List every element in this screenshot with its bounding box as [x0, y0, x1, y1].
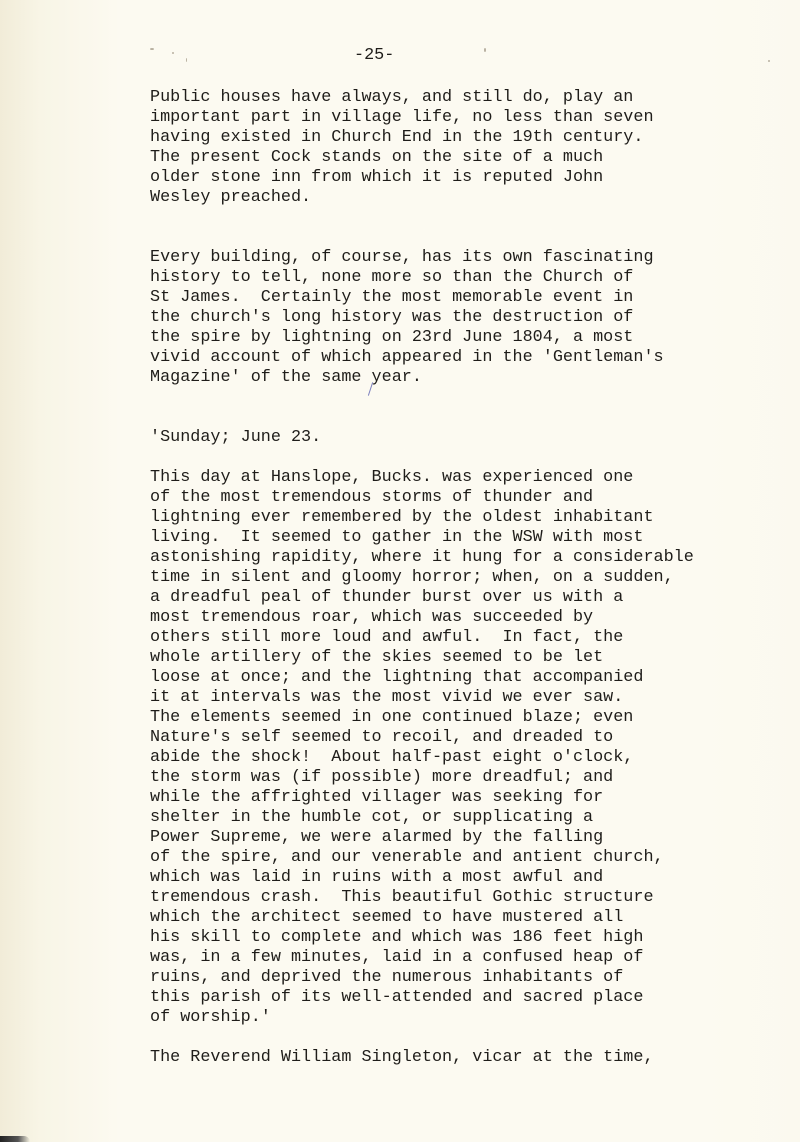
text-line: was, in a few minutes, laid in a confuse…: [150, 948, 770, 968]
text-line: which was laid in ruins with a most awfu…: [150, 868, 770, 888]
text-line: others still more loud and awful. In fac…: [150, 628, 770, 648]
text-line: older stone inn from which it is reputed…: [150, 168, 770, 188]
text-line: shelter in the humble cot, or supplicati…: [150, 808, 770, 828]
paper-speck: [150, 48, 154, 50]
paragraph-gap: [150, 448, 770, 468]
text-line: This day at Hanslope, Bucks. was experie…: [150, 468, 770, 488]
paper-speck: [768, 60, 770, 62]
paper-speck: [186, 58, 187, 62]
text-line: it at intervals was the most vivid we ev…: [150, 688, 770, 708]
paragraph-reverend: The Reverend William Singleton, vicar at…: [150, 1048, 770, 1068]
text-line: while the affrighted villager was seekin…: [150, 788, 770, 808]
text-line: time in silent and gloomy horror; when, …: [150, 568, 770, 588]
text-line: most tremendous roar, which was succeede…: [150, 608, 770, 628]
paragraph-public-houses: Public houses have always, and still do,…: [150, 88, 770, 208]
page-number: -25-: [354, 46, 394, 65]
text-line: living. It seemed to gather in the WSW w…: [150, 528, 770, 548]
text-line: The present Cock stands on the site of a…: [150, 148, 770, 168]
text-line: important part in village life, no less …: [150, 108, 770, 128]
text-line: the storm was (if possible) more dreadfu…: [150, 768, 770, 788]
text-line: which the architect seemed to have muste…: [150, 908, 770, 928]
text-line: Power Supreme, we were alarmed by the fa…: [150, 828, 770, 848]
text-line: of the most tremendous storms of thunder…: [150, 488, 770, 508]
document-page: -25- Public houses have always, and stil…: [0, 0, 800, 1142]
text-line: whole artillery of the skies seemed to b…: [150, 648, 770, 668]
text-line: of worship.': [150, 1008, 770, 1028]
text-line: this parish of its well-attended and sac…: [150, 988, 770, 1008]
text-line: the church's long history was the destru…: [150, 308, 770, 328]
text-line: ruins, and deprived the numerous inhabit…: [150, 968, 770, 988]
text-line: lightning ever remembered by the oldest …: [150, 508, 770, 528]
text-line: astonishing rapidity, where it hung for …: [150, 548, 770, 568]
paragraph-quote-date: 'Sunday; June 23.: [150, 428, 770, 448]
paragraph-quote-body: This day at Hanslope, Bucks. was experie…: [150, 468, 770, 1028]
paragraph-gap: [150, 388, 770, 428]
paragraph-church-history: Every building, of course, has its own f…: [150, 248, 770, 388]
text-line: his skill to complete and which was 186 …: [150, 928, 770, 948]
text-line: tremendous crash. This beautiful Gothic …: [150, 888, 770, 908]
text-line: loose at once; and the lightning that ac…: [150, 668, 770, 688]
text-line: of the spire, and our venerable and anti…: [150, 848, 770, 868]
page-corner-shadow: [0, 1136, 30, 1142]
text-line: Magazine' of the same year.: [150, 368, 770, 388]
text-line: abide the shock! About half-past eight o…: [150, 748, 770, 768]
paper-speck: [172, 52, 174, 54]
text-line: 'Sunday; June 23.: [150, 428, 770, 448]
text-line: vivid account of which appeared in the '…: [150, 348, 770, 368]
text-line: history to tell, none more so than the C…: [150, 268, 770, 288]
paragraph-gap: [150, 1028, 770, 1048]
text-line: Wesley preached.: [150, 188, 770, 208]
text-line: The Reverend William Singleton, vicar at…: [150, 1048, 770, 1068]
text-line: having existed in Church End in the 19th…: [150, 128, 770, 148]
paragraph-gap: [150, 208, 770, 248]
paper-speck: [484, 48, 486, 52]
text-line: a dreadful peal of thunder burst over us…: [150, 588, 770, 608]
text-line: Every building, of course, has its own f…: [150, 248, 770, 268]
text-line: St James. Certainly the most memorable e…: [150, 288, 770, 308]
document-body: Public houses have always, and still do,…: [150, 88, 770, 1068]
text-line: Public houses have always, and still do,…: [150, 88, 770, 108]
text-line: the spire by lightning on 23rd June 1804…: [150, 328, 770, 348]
text-line: Nature's self seemed to recoil, and drea…: [150, 728, 770, 748]
text-line: The elements seemed in one continued bla…: [150, 708, 770, 728]
